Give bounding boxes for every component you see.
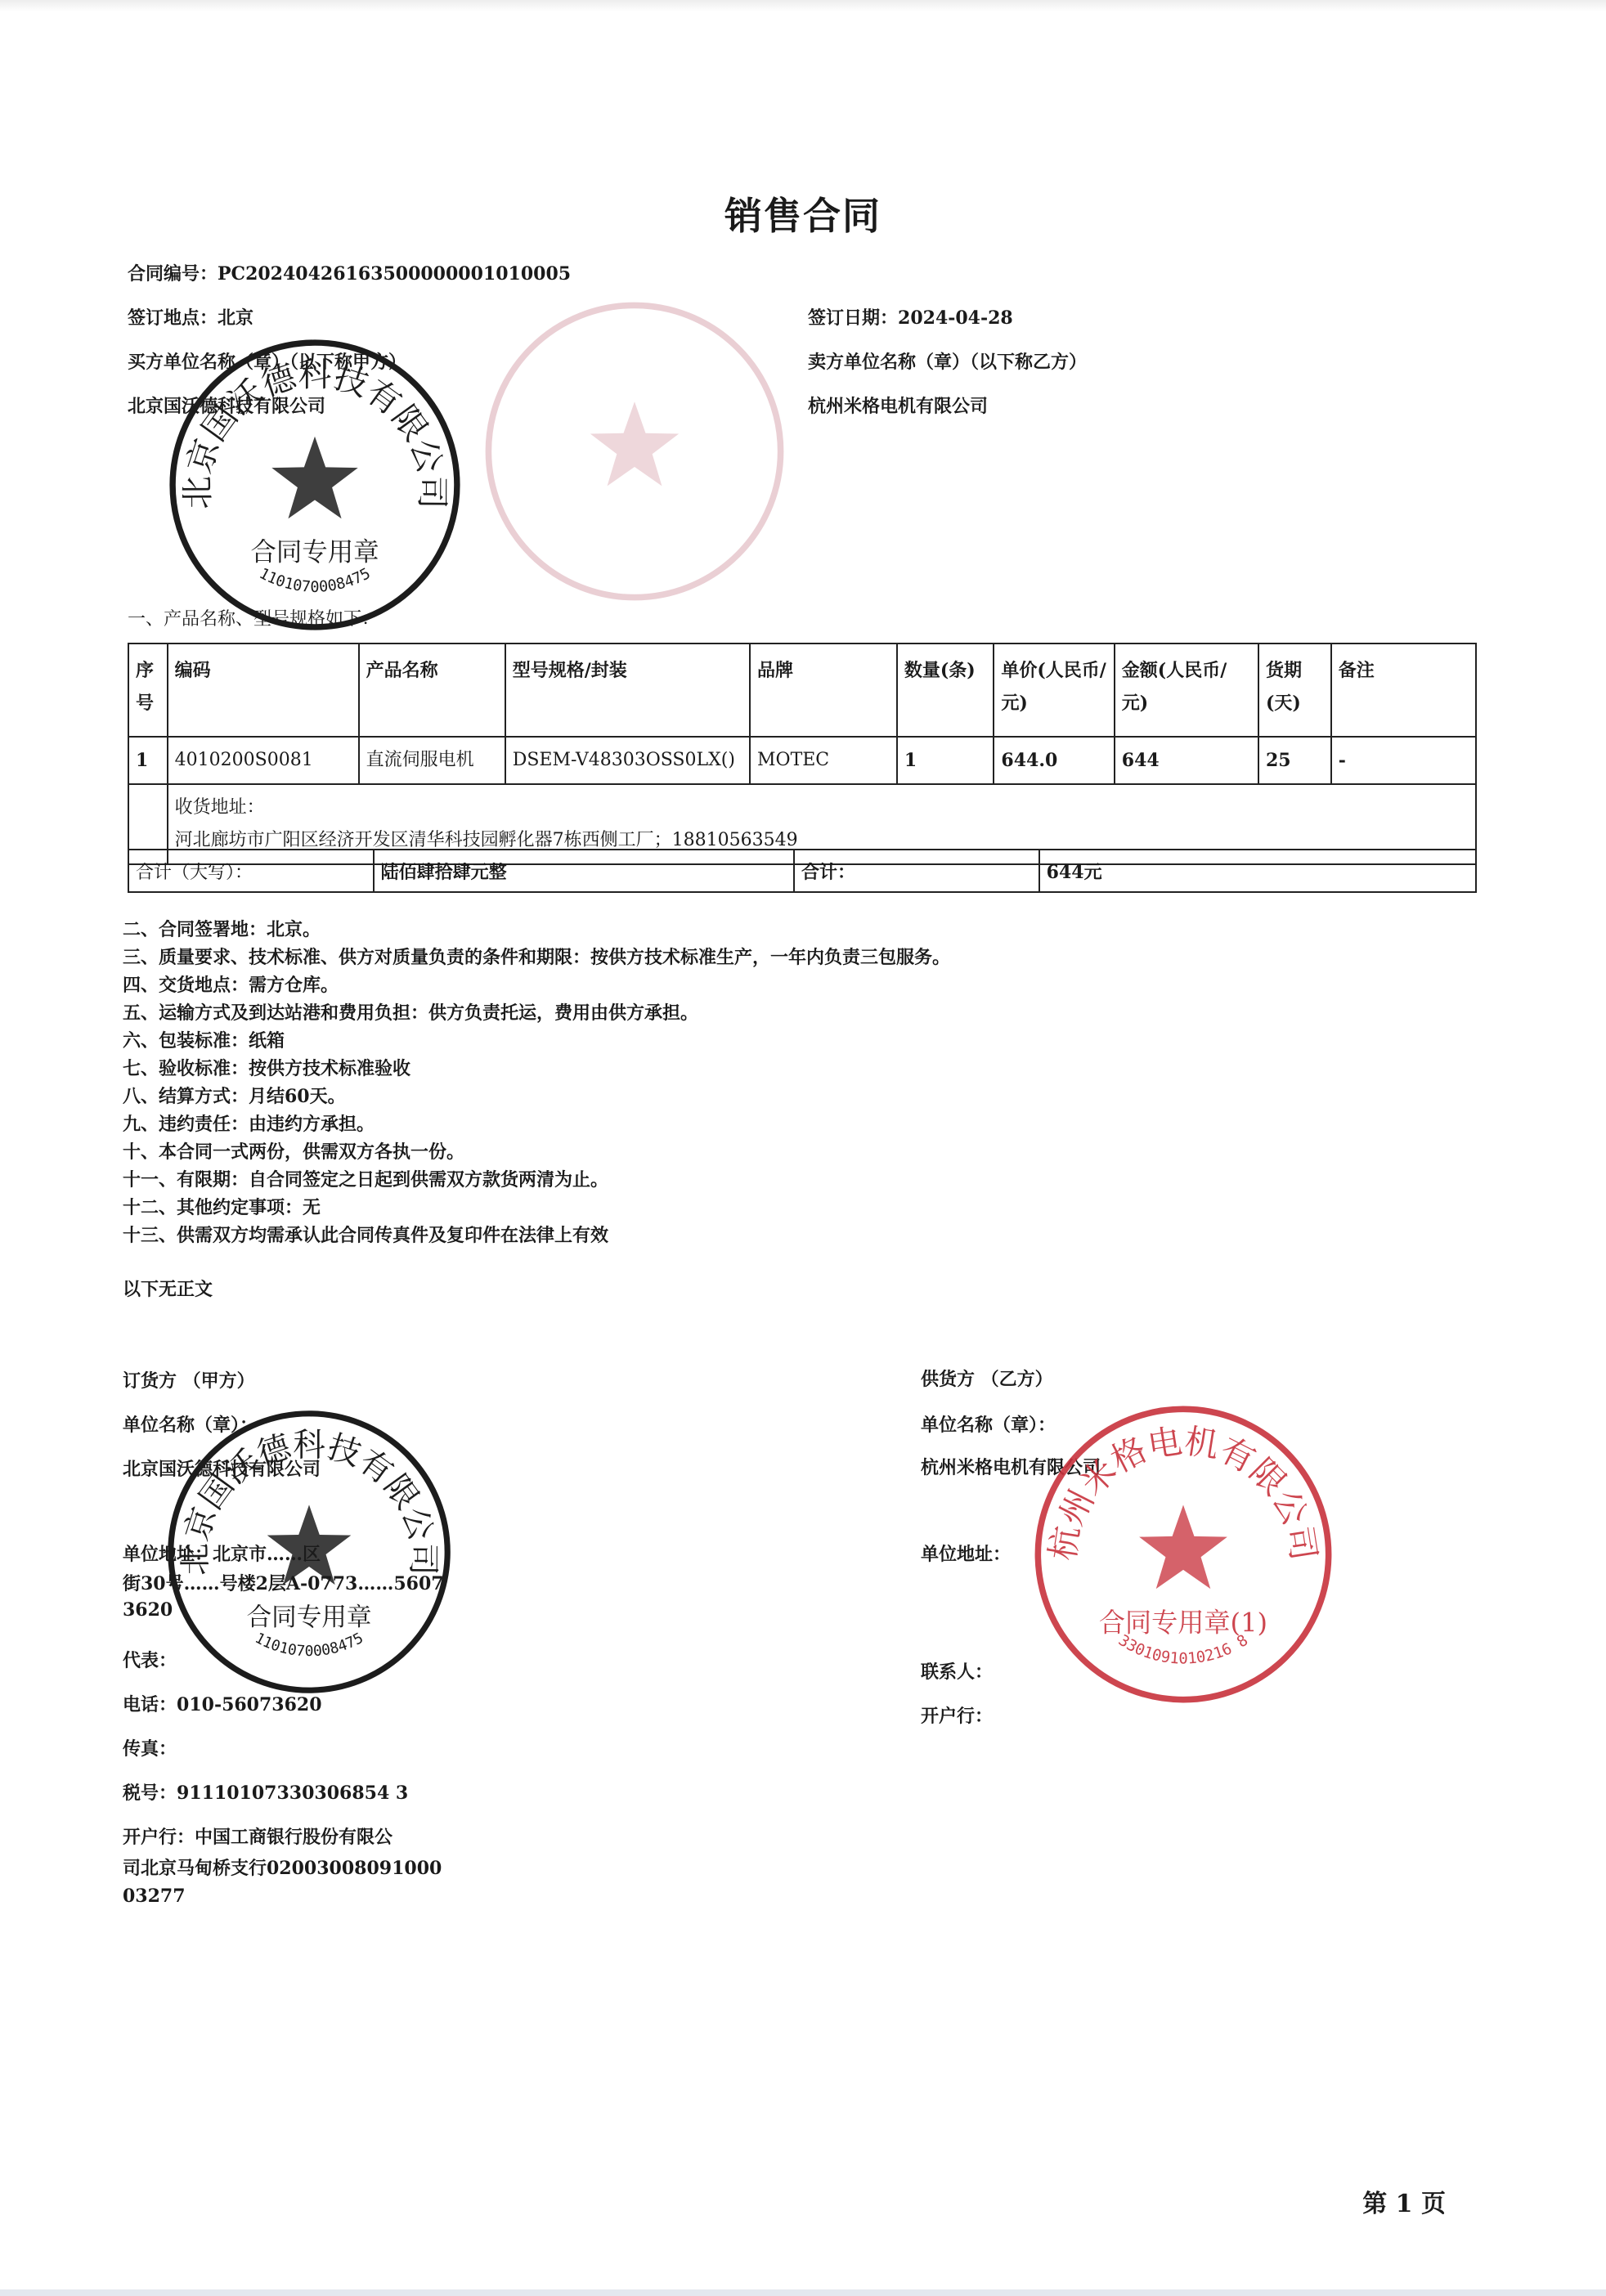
term-item: 二、合同签署地：北京。 [123, 916, 950, 944]
sign-place: 签订地点：北京 [128, 304, 253, 330]
header-amount: 金额(人民币/元) [1115, 644, 1258, 737]
total-value: 644元 [1039, 850, 1476, 892]
cell-remark: - [1331, 737, 1476, 784]
term-item: 四、交货地点：需方仓库。 [123, 971, 950, 999]
buyer-bank-line2: 司北京马甸桥支行02003008091000 [123, 1854, 442, 1880]
table-header-row: 序号 编码 产品名称 型号规格/封装 品牌 数量(条) 单价(人民币/元) 金额… [128, 644, 1476, 737]
scan-top-edge [0, 0, 1606, 11]
totals-row: 合计（大写）： 陆佰肆拾肆元整 合计： 644元 [128, 850, 1476, 892]
seller-bank-label: 开户行： [921, 1702, 993, 1728]
contract-number: 合同编号：PC20240426163500000001010005 [128, 260, 571, 285]
buyer-signature-block: 订货方 （甲方） 单位名称（章）： 北京国沃德科技有限公司 单位地址：北京市……… [123, 1367, 499, 1890]
buyer-name: 北京国沃德科技有限公司 [128, 392, 325, 418]
cell-unit-price: 644.0 [994, 737, 1114, 784]
buyer-address-line2: 街30号……号楼2层A-0773……5607 [123, 1570, 444, 1595]
sign-place-value: 北京 [218, 307, 253, 329]
buyer-fax-label: 传真： [123, 1735, 177, 1760]
cell-no: 1 [128, 737, 168, 784]
totals-table: 合计（大写）： 陆佰肆拾肆元整 合计： 644元 [128, 849, 1477, 893]
buyer-address: 单位地址：北京市……区 [123, 1540, 321, 1566]
cell-quantity: 1 [897, 737, 994, 784]
header-code: 编码 [168, 644, 359, 737]
contract-terms: 二、合同签署地：北京。三、质量要求、技术标准、供方对质量负责的条件和期限：按供方… [123, 916, 950, 1249]
cell-product-name: 直流伺服电机 [359, 737, 505, 784]
buyer-tax-value: 91110107330306854 3 [177, 1783, 408, 1804]
buyer-phone-label: 电话： [123, 1694, 177, 1715]
term-item: 八、结算方式：月结60天。 [123, 1083, 950, 1110]
header-quantity: 数量(条) [897, 644, 994, 737]
seller-unit-name-label: 单位名称（章）： [921, 1411, 1056, 1437]
delivery-address-label: 收货地址： [175, 791, 1469, 824]
total-label: 合计： [794, 850, 1039, 892]
term-item: 十二、其他约定事项：无 [123, 1194, 950, 1222]
buyer-bank-label: 开户行： [123, 1827, 195, 1848]
buyer-tax: 税号：91110107330306854 3 [123, 1779, 408, 1805]
svg-text:北京国沃德科技有限公司: 北京国沃德科技有限公司 [177, 355, 451, 509]
contract-number-value: PC20240426163500000001010005 [218, 263, 571, 285]
term-item: 六、包装标准：纸箱 [123, 1027, 950, 1055]
buyer-unit-name: 北京国沃德科技有限公司 [123, 1455, 321, 1481]
total-words: 陆佰肆拾肆元整 [374, 850, 794, 892]
cell-lead-time: 25 [1258, 737, 1331, 784]
section-heading: 一、产品名称、型号规格如下： [128, 605, 379, 630]
buyer-heading: 订货方 （甲方） [123, 1367, 255, 1392]
page-number: 第 1 页 [1362, 2183, 1446, 2219]
scan-bottom-edge [0, 2289, 1606, 2296]
svg-text:1101070008475: 1101070008475 [256, 565, 373, 596]
table-row: 1 4010200S0081 直流伺服电机 DSEM-V48303OSS0LX(… [128, 737, 1476, 784]
sign-place-label: 签订地点： [128, 307, 218, 329]
buyer-unit-name-label: 单位名称（章）： [123, 1411, 258, 1437]
cell-code: 4010200S0081 [168, 737, 359, 784]
buyer-address-line3: 3620 [123, 1599, 173, 1621]
seller-heading: 供货方 （乙方） [921, 1365, 1053, 1391]
buyer-bank-line3: 03277 [123, 1886, 186, 1907]
seller-signature-block: 供货方 （乙方） 单位名称（章）： 杭州米格电机有限公司 单位地址： 联系人： … [921, 1365, 1330, 1725]
header-model: 型号规格/封装 [505, 644, 750, 737]
total-words-label: 合计（大写）： [128, 850, 374, 892]
term-item: 十一、有限期：自合同签定之日起到供需双方款货两清为止。 [123, 1166, 950, 1194]
buyer-label: 买方单位名称（章）（以下称甲方） [128, 348, 406, 374]
buyer-seal-top: 北京国沃德科技有限公司合同专用章1101070008475 [164, 334, 466, 636]
term-item: 七、验收标准：按供方技术标准验收 [123, 1055, 950, 1083]
seller-name: 杭州米格电机有限公司 [808, 392, 988, 418]
cell-model: DSEM-V48303OSS0LX() [505, 737, 750, 784]
seller-label: 卖方单位名称（章）（以下称乙方） [808, 348, 1087, 374]
sign-date-value: 2024-04-28 [898, 307, 1013, 329]
header-brand: 品牌 [750, 644, 897, 737]
seller-unit-name: 杭州米格电机有限公司 [921, 1454, 1101, 1479]
sign-date-label: 签订日期： [808, 307, 898, 329]
document-title: 销售合同 [0, 186, 1606, 240]
end-of-text-note: 以下无正文 [123, 1276, 213, 1301]
term-item: 五、运输方式及到达站港和费用负担：供方负责托运，费用由供方承担。 [123, 999, 950, 1027]
header-no: 序号 [128, 644, 168, 737]
header-product-name: 产品名称 [359, 644, 505, 737]
sign-date: 签订日期：2024-04-28 [808, 304, 1013, 330]
ghost-seal [479, 296, 790, 607]
seller-contact-label: 联系人： [921, 1658, 993, 1684]
items-table: 序号 编码 产品名称 型号规格/封装 品牌 数量(条) 单价(人民币/元) 金额… [128, 643, 1477, 865]
header-unit-price: 单价(人民币/元) [994, 644, 1114, 737]
contract-page: 销售合同 合同编号：PC20240426163500000001010005 签… [0, 0, 1606, 2296]
header-remark: 备注 [1331, 644, 1476, 737]
buyer-phone: 电话：010-56073620 [123, 1691, 322, 1716]
header-lead-time: 货期(天) [1258, 644, 1331, 737]
cell-amount: 644 [1115, 737, 1258, 784]
svg-text:合同专用章: 合同专用章 [250, 538, 379, 567]
cell-brand: MOTEC [750, 737, 897, 784]
seller-address-label: 单位地址： [921, 1540, 1011, 1566]
term-item: 三、质量要求、技术标准、供方对质量负责的条件和期限：按供方技术标准生产，一年内负… [123, 944, 950, 971]
buyer-bank: 开户行：中国工商银行股份有限公 [123, 1823, 393, 1849]
term-item: 十三、供需双方均需承认此合同传真件及复印件在法律上有效 [123, 1222, 950, 1249]
term-item: 九、违约责任：由违约方承担。 [123, 1110, 950, 1138]
buyer-phone-value: 010-56073620 [177, 1694, 322, 1715]
buyer-address-line1: 北京市……区 [213, 1544, 321, 1565]
buyer-representative-label: 代表： [123, 1647, 177, 1672]
contract-number-label: 合同编号： [128, 263, 218, 285]
buyer-address-label: 单位地址： [123, 1544, 213, 1565]
buyer-tax-label: 税号： [123, 1783, 177, 1804]
term-item: 十、本合同一式两份，供需双方各执一份。 [123, 1138, 950, 1166]
buyer-bank-line1: 中国工商银行股份有限公 [195, 1827, 393, 1848]
